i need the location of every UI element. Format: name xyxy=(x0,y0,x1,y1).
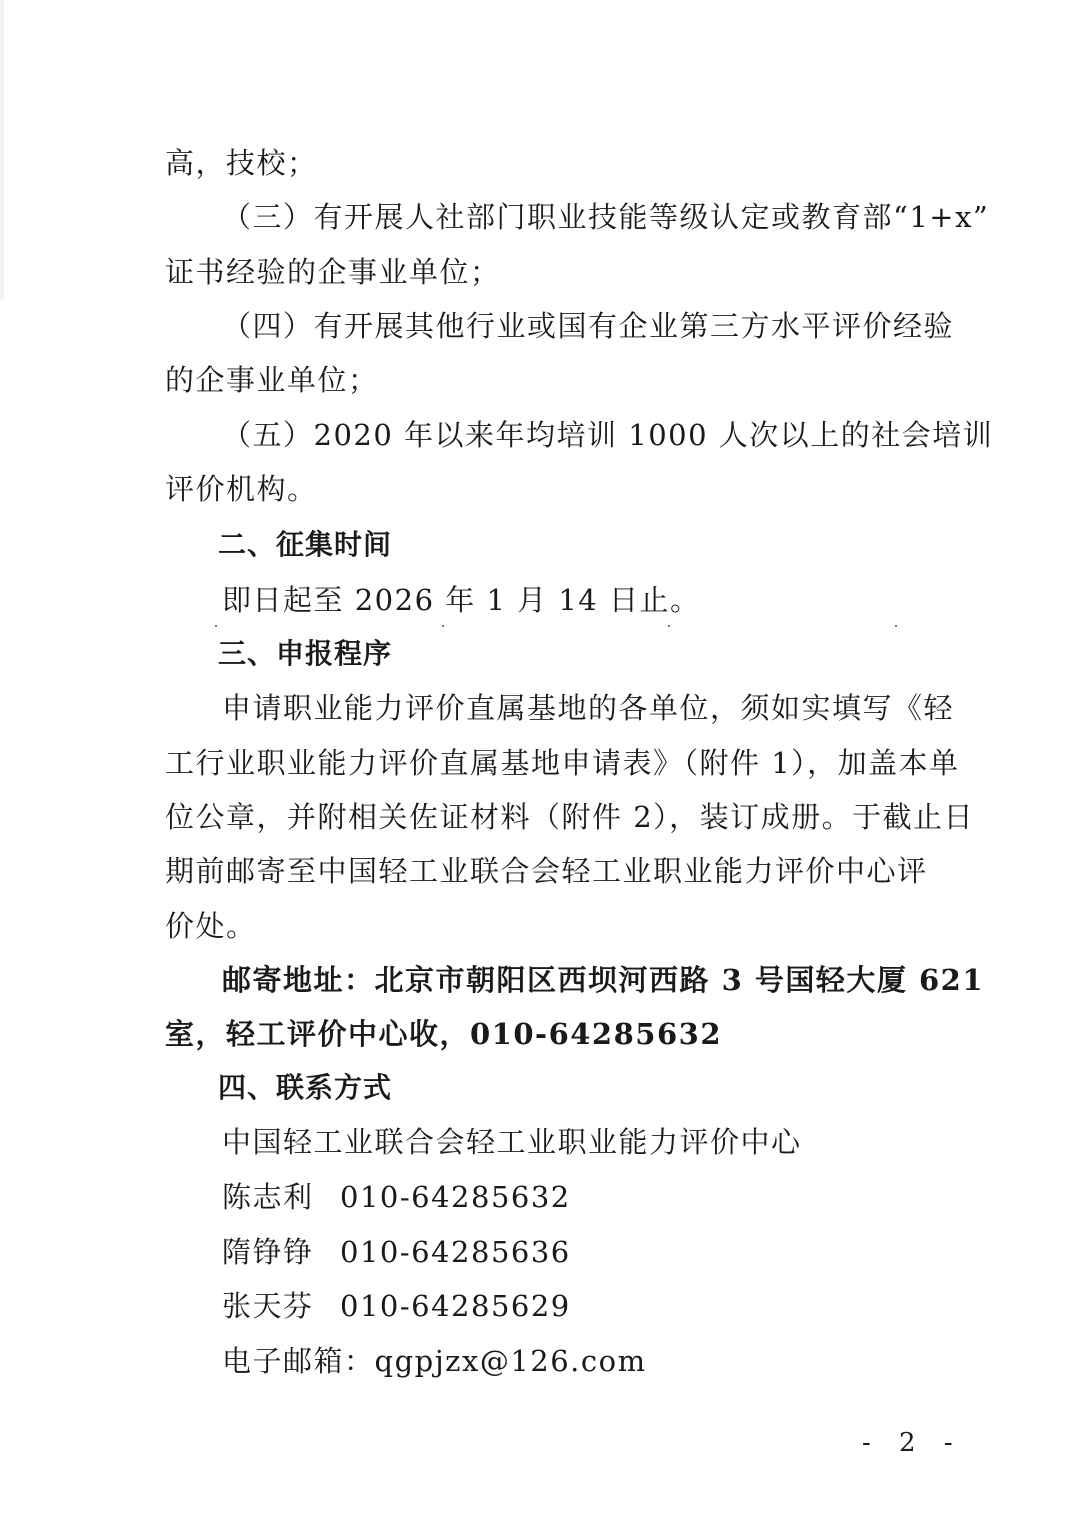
document-page: 高，技校； （三）有开展人社部门职业技能等级认定或教育部“1+x” 证书经验的企… xyxy=(0,0,1080,1527)
contact-phone: 010-64285632 xyxy=(340,1180,571,1214)
procedure-text: 价处。 xyxy=(165,906,917,946)
collection-period: 即日起至 2026 年 1 月 14 日止。 xyxy=(222,580,917,620)
contact-phone: 010-64285636 xyxy=(340,1235,571,1269)
contact-name: 陈志利 xyxy=(222,1177,340,1217)
section-heading-application: 三、申报程序 xyxy=(218,634,970,674)
procedure-text: 申请职业能力评价直属基地的各单位，须如实填写《轻 xyxy=(222,688,917,728)
contact-phone: 010-64285629 xyxy=(340,1289,571,1323)
contact-row: 隋铮铮010-64285636 xyxy=(222,1232,974,1272)
mailing-address: 邮寄地址：北京市朝阳区西坝河西路 3 号国轻大厦 621 xyxy=(222,960,917,1000)
procedure-text: 期前邮寄至中国轻工业联合会轻工业职业能力评价中心评 xyxy=(165,851,917,891)
mailing-address: 室，轻工评价中心收，010-64285632 xyxy=(165,1014,917,1054)
scan-dots xyxy=(0,625,1080,629)
contact-name: 张天芬 xyxy=(222,1286,340,1326)
contact-name: 隋铮铮 xyxy=(222,1232,340,1272)
contact-org: 中国轻工业联合会轻工业职业能力评价中心 xyxy=(222,1122,917,1162)
contact-row: 张天芬010-64285629 xyxy=(222,1286,974,1326)
procedure-text: 位公章，并附相关佐证材料（附件 2），装订成册。于截止日 xyxy=(165,797,917,837)
section-heading-contact: 四、联系方式 xyxy=(218,1068,970,1108)
procedure-text: 工行业职业能力评价直属基地申请表》（附件 1），加盖本单 xyxy=(165,743,917,783)
text-line: 评价机构。 xyxy=(165,469,917,509)
page-number: - 2 - xyxy=(862,1428,963,1458)
text-line: 证书经验的企事业单位； xyxy=(165,252,917,292)
text-line: 的企事业单位； xyxy=(165,360,917,400)
item-three: （三）有开展人社部门职业技能等级认定或教育部“1+x” xyxy=(222,197,917,237)
contact-email: 电子邮箱：qgpjzx@126.com xyxy=(222,1341,974,1381)
text-line: 高，技校； xyxy=(165,143,917,183)
contact-row: 陈志利010-64285632 xyxy=(222,1177,974,1217)
item-five: （五）2020 年以来年均培训 1000 人次以上的社会培训 xyxy=(222,415,917,455)
section-heading-collection-time: 二、征集时间 xyxy=(218,525,970,565)
item-four: （四）有开展其他行业或国有企业第三方水平评价经验 xyxy=(222,306,917,346)
scan-edge xyxy=(0,0,4,300)
